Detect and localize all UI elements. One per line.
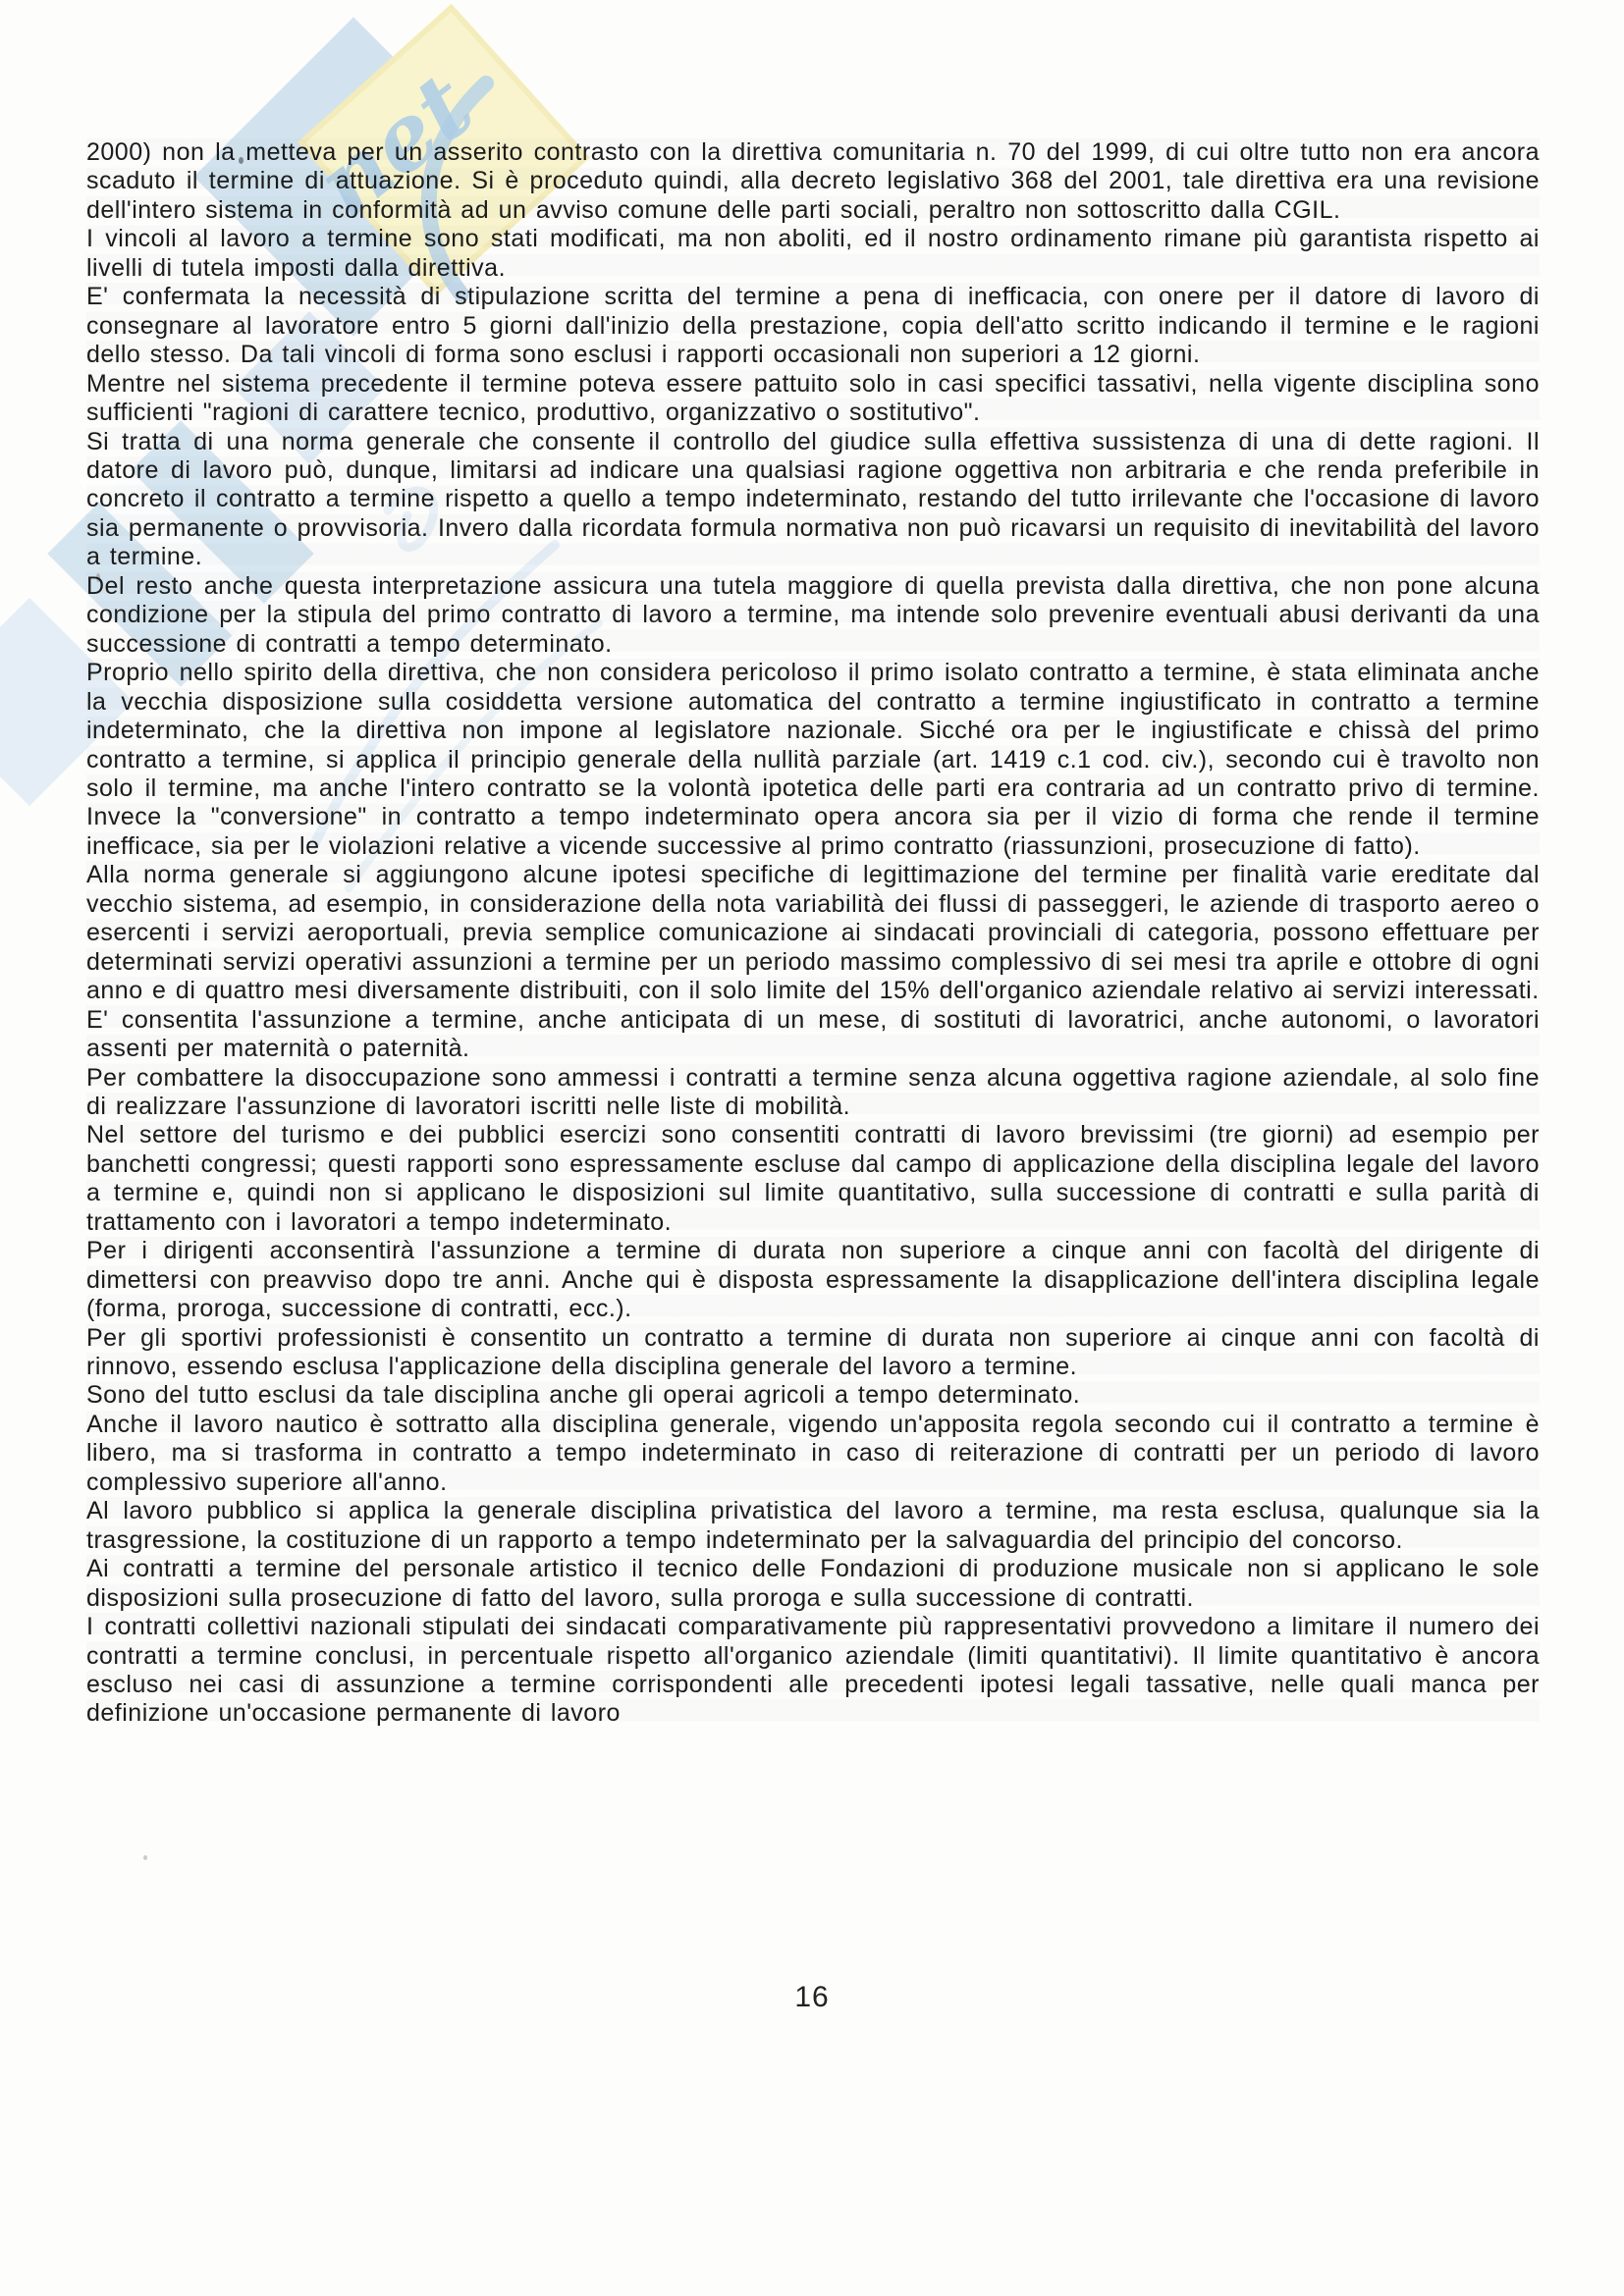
scanned-document-page: net 2000) non la metteva per un asserito… <box>0 0 1624 2296</box>
body-text: 2000) non la metteva per un asserito con… <box>86 138 1540 1729</box>
paragraph: Alla norma generale si aggiungono alcune… <box>86 861 1540 1005</box>
paragraph: 2000) non la metteva per un asserito con… <box>86 138 1540 225</box>
paragraph: Proprio nello spirito della direttiva, c… <box>86 659 1540 861</box>
paragraph: Nel settore del turismo e dei pubblici e… <box>86 1121 1540 1237</box>
paragraph: Per gli sportivi professionisti è consen… <box>86 1324 1540 1382</box>
paragraph: I contratti collettivi nazionali stipula… <box>86 1613 1540 1729</box>
paragraph: Si tratta di una norma generale che cons… <box>86 428 1540 572</box>
paragraph: Del resto anche questa interpretazione a… <box>86 572 1540 659</box>
paragraph: Mentre nel sistema precedente il termine… <box>86 370 1540 428</box>
paragraph: I vincoli al lavoro a termine sono stati… <box>86 225 1540 283</box>
page-number: 16 <box>0 1981 1624 2014</box>
paragraph: Per combattere la disoccupazione sono am… <box>86 1064 1540 1122</box>
paragraph: E' consentita l'assunzione a termine, an… <box>86 1006 1540 1064</box>
paragraph: Sono del tutto esclusi da tale disciplin… <box>86 1381 1540 1410</box>
paragraph: Ai contratti a termine del personale art… <box>86 1555 1540 1613</box>
paragraph: Per i dirigenti acconsentirà l'assunzion… <box>86 1237 1540 1323</box>
paragraph: E' confermata la necessità di stipulazio… <box>86 283 1540 369</box>
scan-artifact <box>143 1855 147 1860</box>
paragraph: Al lavoro pubblico si applica la general… <box>86 1497 1540 1555</box>
paragraph: Anche il lavoro nautico è sottratto alla… <box>86 1411 1540 1497</box>
